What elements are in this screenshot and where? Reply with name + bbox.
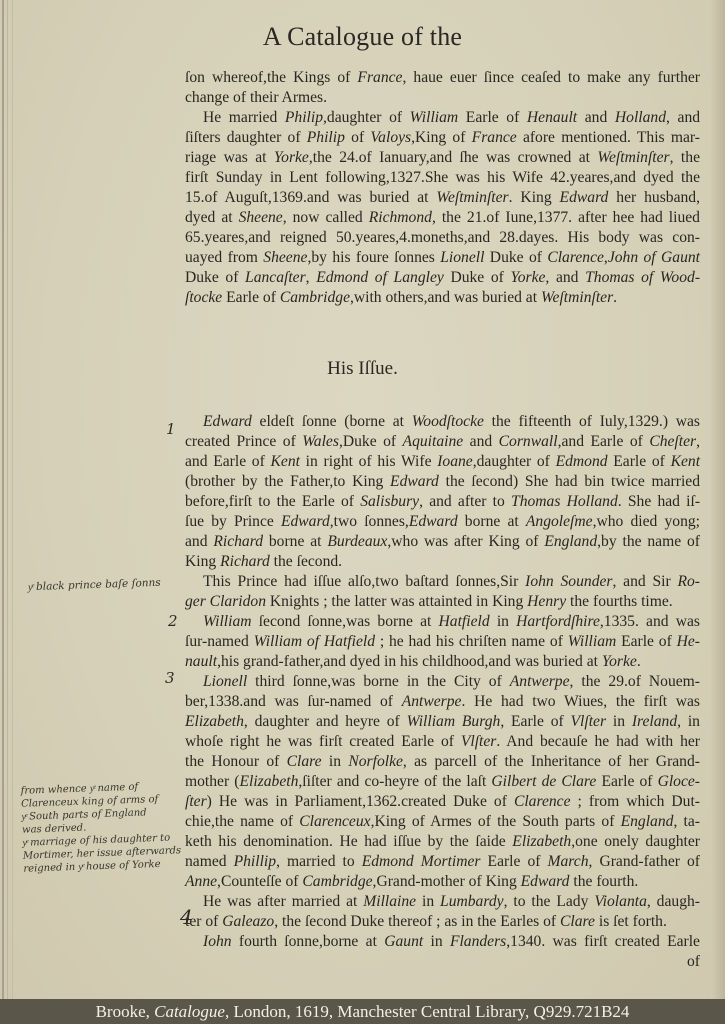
margin-number-3: 3	[165, 669, 175, 687]
text-line: He married Philip,daughter of William Ea…	[185, 108, 700, 128]
text-line: change of their Armes.	[185, 88, 700, 108]
caption-citation: , London, 1619, Manchester Central Libra…	[225, 1002, 629, 1021]
caption-author: Brooke,	[96, 1002, 155, 1021]
margin-note-clarenceux: from whence yͤ name ofClarenceux king of…	[20, 779, 181, 875]
text-line: ſtocke Earle of Cambridge,with others,an…	[185, 288, 700, 308]
catchword: of	[185, 952, 700, 972]
text-line: and Earle of Kent in right of his Wife I…	[185, 452, 700, 472]
text-line: 65.yeares,and reigned 50.yeares,4.moneth…	[185, 228, 700, 248]
text-line: This Prince had iſſue alſo,two baſtard ſ…	[185, 572, 700, 592]
text-line: King Richard the ſecond.	[185, 552, 700, 572]
binding-gutter	[7, 0, 8, 999]
caption-title: Catalogue	[154, 1002, 225, 1021]
text-line: (brother by the Father,to King Edward th…	[185, 472, 700, 492]
caption-bar: Brooke, Catalogue, London, 1619, Manches…	[0, 999, 725, 1024]
text-line: uayed from Sheene,by his foure ſonnes Li…	[185, 248, 700, 268]
text-line: riage was at Yorke,the 24.of Ianuary,and…	[185, 148, 700, 168]
text-line: Duke of Lancaſter, Edmond of Langley Duk…	[185, 268, 700, 288]
section-heading: His Iſſue.	[0, 358, 725, 380]
text-line: ſue by Prince Edward,two ſonnes,Edward b…	[185, 512, 700, 532]
text-line: mother (Elizabeth,ſiſter and co-heyre of…	[185, 772, 700, 792]
running-head-text: A Catalogue of the	[263, 22, 462, 51]
text-line: keth his denomination. He had iſſue by t…	[185, 832, 700, 852]
text-line: 15.of Auguſt,1369.and was buried at Weſt…	[185, 188, 700, 208]
text-line: chie,the name of Clarenceux,King of Arme…	[185, 812, 700, 832]
binding-gutter	[12, 0, 13, 999]
page-edge	[711, 0, 725, 999]
paragraph-marriage: He married Philip,daughter of William Ea…	[185, 108, 700, 308]
margin-number-1: 1	[166, 420, 176, 438]
paragraph-arms: ſon whereof,the Kings of France, haue eu…	[185, 68, 700, 108]
text-line: ber,1338.and was ſur-named of Antwerpe. …	[185, 692, 700, 712]
binding-gutter	[2, 0, 4, 999]
text-line: created Prince of Wales,Duke of Aquitain…	[185, 432, 700, 452]
running-head: A Catalogue of the	[0, 22, 725, 52]
text-line: ſiſters daughter of Philip of Valoys,Kin…	[185, 128, 700, 148]
text-line: and Richard borne at Burdeaux,who was af…	[185, 532, 700, 552]
book-page: A Catalogue of the ſon whereof,the Kings…	[0, 0, 725, 999]
text-line: Iohn fourth ſonne,borne at Gaunt in Flan…	[185, 932, 700, 952]
text-line: Elizabeth, daughter and heyre of William…	[185, 712, 700, 732]
text-line: William ſecond ſonne,was borne at Hatfie…	[185, 612, 700, 632]
catchword-block: of	[185, 952, 700, 972]
text-line: Edward eldeſt ſonne (borne at Woodſtocke…	[185, 412, 700, 432]
text-line: He was after married at Millaine in Lumb…	[185, 892, 700, 912]
text-line: Anne,Counteſſe of Cambridge,Grand-mother…	[185, 872, 700, 892]
text-line: ſur-named William of Hatfield ; he had h…	[185, 632, 700, 652]
text-line: the Honour of Clare in Norfolke, as parc…	[185, 752, 700, 772]
text-line: Lionell third ſonne,was borne in the Cit…	[185, 672, 700, 692]
section-heading-text: His Iſſue.	[327, 358, 398, 379]
text-line: before,firſt to the Earle of Salisbury, …	[185, 492, 700, 512]
text-line: whoſe right he was firſt created Earle o…	[185, 732, 700, 752]
margin-number-4: 4	[180, 905, 193, 929]
margin-note-black-prince: yͤ black prince baſe ſonns	[28, 577, 161, 595]
text-line: ger Claridon Knights ; the latter was at…	[185, 592, 700, 612]
issue-section: Edward eldeſt ſonne (borne at Woodſtocke…	[185, 412, 700, 952]
text-line: firſt Sunday in Lent following,1327.She …	[185, 168, 700, 188]
margin-number-2: 2	[168, 612, 178, 630]
text-line: ter of Galeazo, the ſecond Duke thereof …	[185, 912, 700, 932]
text-line: dyed at Sheene, now called Richmond, the…	[185, 208, 700, 228]
text-line: ſter) He was in Parliament,1362.created …	[185, 792, 700, 812]
text-line: nault,his grand-father,and dyed in his c…	[185, 652, 700, 672]
text-line: named Phillip, married to Edmond Mortime…	[185, 852, 700, 872]
text-line: ſon whereof,the Kings of France, haue eu…	[185, 68, 700, 88]
